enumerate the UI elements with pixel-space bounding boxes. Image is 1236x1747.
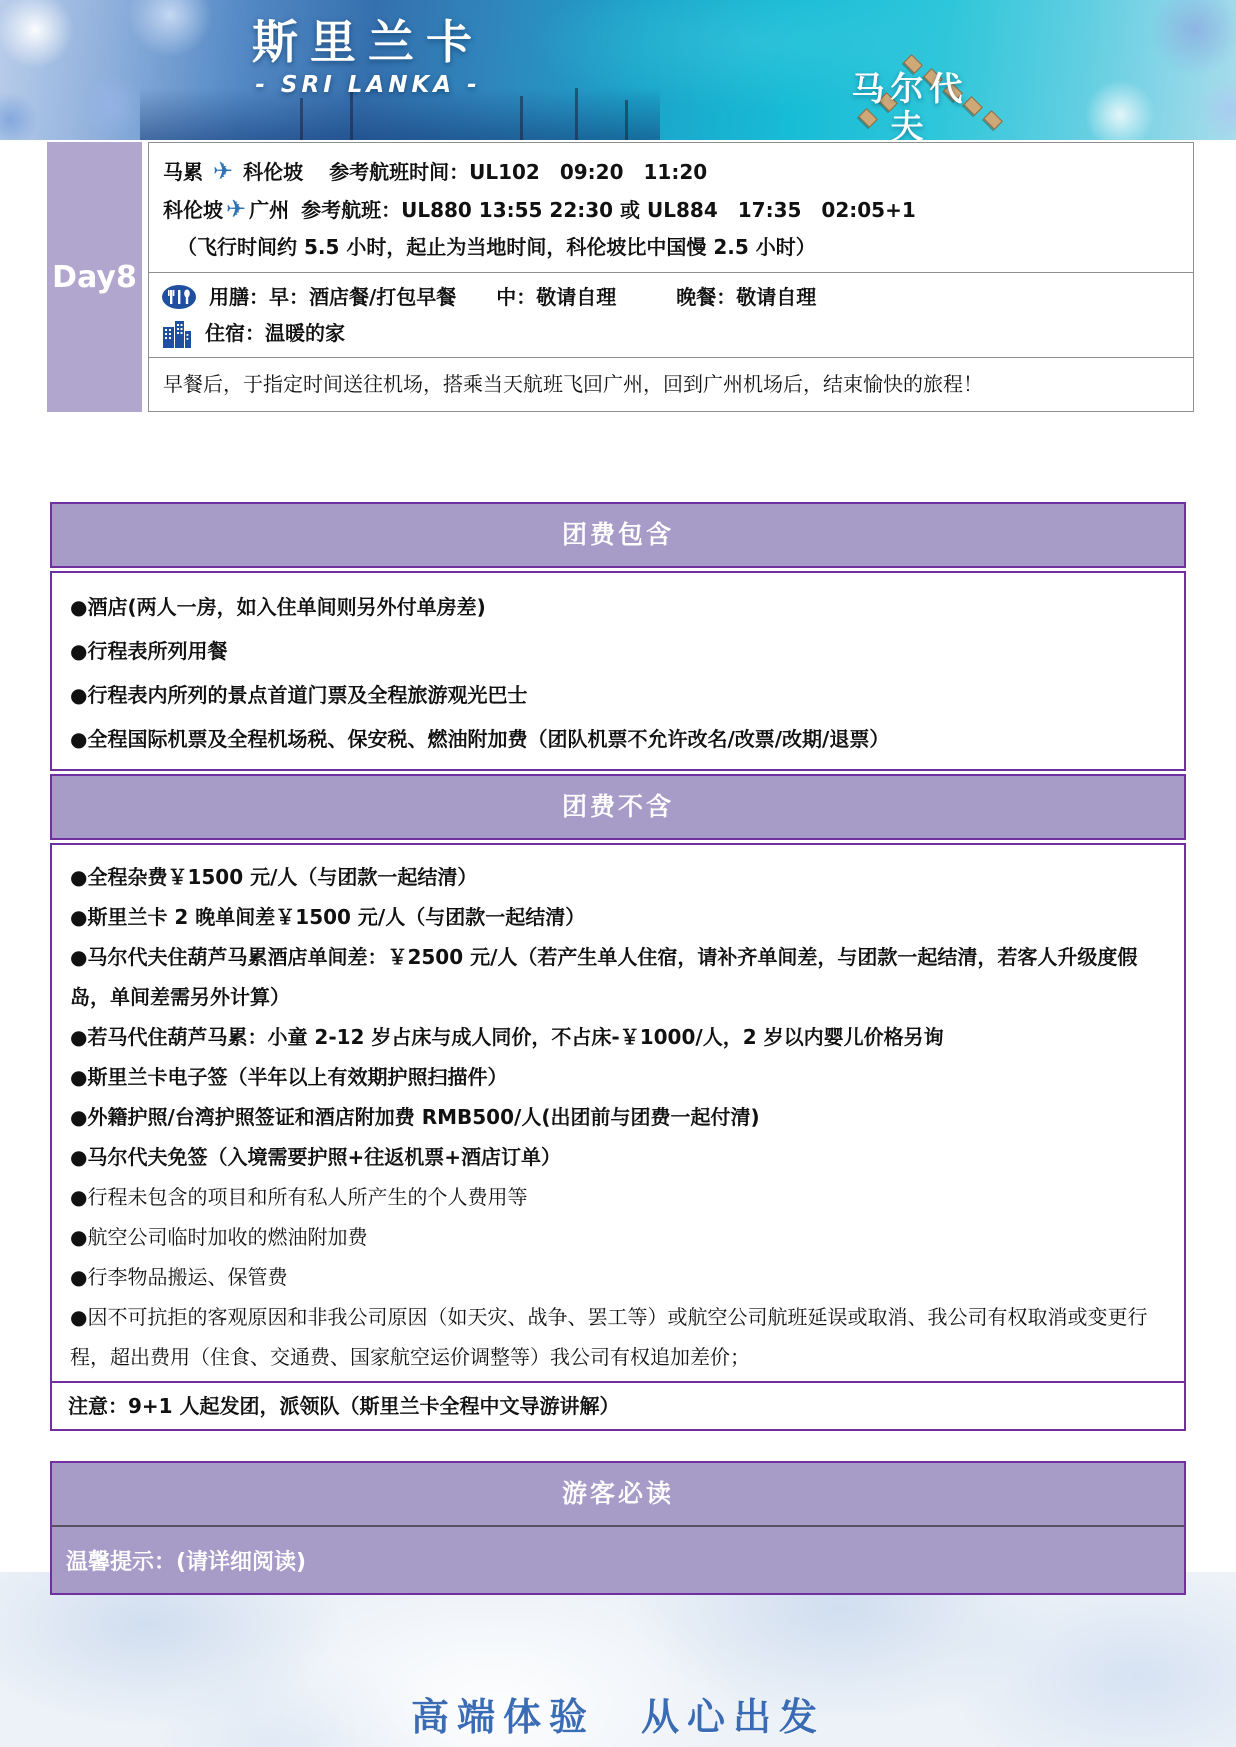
meals-lodging-cell: 用膳：早：酒店餐/打包早餐 中：敬请自理 晚餐：敬请自理 住宿：温暖的家 (149, 273, 1193, 358)
excluded-item: ●若马代住葫芦马累：小童 2-12 岁占床与成人同价，不占床-￥1000/人，2… (70, 1017, 1166, 1057)
excluded-item: ●斯里兰卡电子签（半年以上有效期护照扫描件） (70, 1057, 1166, 1097)
fee-included-items: ●酒店(两人一房，如入住单间则另外付单房差) ●行程表所列用餐 ●行程表内所列的… (52, 573, 1184, 769)
footer-texture: 高端体验 从心出发 (0, 1572, 1236, 1747)
departure-notice: 注意：9+1 人起发团，派领队（斯里兰卡全程中文导游讲解） (52, 1381, 1184, 1429)
excluded-item: ●行程未包含的项目和所有私人所产生的个人费用等 (70, 1177, 1166, 1217)
fee-excluded-body: ●全程杂费￥1500 元/人（与团款一起结清） ●斯里兰卡 2 晚单间差￥150… (50, 843, 1186, 1431)
flight-line-2: 科伦坡✈广州参考航班：UL880 13:55 22:30 或 UL884 17:… (163, 191, 1179, 229)
maldives-title-block: 马尔代夫 - MALDIVES - (835, 70, 985, 140)
stilt-pole-decoration (520, 96, 523, 140)
excluded-item: ●马尔代夫住葫芦马累酒店单间差：￥2500 元/人（若产生单人住宿，请补齐单间差… (70, 937, 1166, 1017)
included-item: ●行程表所列用餐 (70, 629, 1166, 673)
excluded-item: ●因不可抗拒的客观原因和非我公司原因（如天灾、战争、罢工等）或航空公司航班延误或… (70, 1297, 1166, 1377)
flight-info-cell: 马累✈科伦坡参考航班时间：UL102 09:20 11:20 科伦坡✈广州参考航… (149, 143, 1193, 273)
excluded-item: ●全程杂费￥1500 元/人（与团款一起结清） (70, 857, 1166, 897)
included-item: ●行程表内所列的景点首道门票及全程旅游观光巴士 (70, 673, 1166, 717)
lodging-line: 住宿：温暖的家 (161, 315, 1181, 351)
flight-line-1: 马累✈科伦坡参考航班时间：UL102 09:20 11:20 (163, 153, 1179, 191)
flight2-details: 参考航班：UL880 13:55 22:30 或 UL884 17:35 02:… (301, 198, 916, 222)
warm-tip-label: 温馨提示：(请详细阅读) (52, 1527, 1184, 1593)
day8-content: 马累✈科伦坡参考航班时间：UL102 09:20 11:20 科伦坡✈广州参考航… (148, 142, 1194, 412)
fee-included-section: 团费包含 ●酒店(两人一房，如入住单间则另外付单房差) ●行程表所列用餐 ●行程… (50, 502, 1186, 771)
sri-lanka-subtitle: - SRI LANKA - (228, 72, 508, 98)
plane-icon: ✈ (213, 153, 233, 190)
fee-excluded-section: 团费不含 ●全程杂费￥1500 元/人（与团款一起结清） ●斯里兰卡 2 晚单间… (50, 774, 1186, 1431)
flight1-details: 参考航班时间：UL102 09:20 11:20 (329, 160, 707, 184)
fee-included-body: ●酒店(两人一房，如入住单间则另外付单房差) ●行程表所列用餐 ●行程表内所列的… (50, 571, 1186, 771)
sri-lanka-title: 斯里兰卡 (228, 16, 508, 68)
flight1-from-city: 马累 (163, 160, 203, 184)
included-item: ●全程国际机票及全程机场税、保安税、燃油附加费（团队机票不允许改名/改票/改期/… (70, 717, 1166, 761)
lodging-text: 住宿：温暖的家 (205, 315, 345, 351)
footer-slogan: 高端体验 从心出发 (0, 1686, 1236, 1741)
excluded-item: ●斯里兰卡 2 晚单间差￥1500 元/人（与团款一起结清） (70, 897, 1166, 937)
fee-excluded-header: 团费不含 (50, 774, 1186, 840)
stilt-pole-decoration (575, 88, 578, 140)
plane-icon: ✈ (226, 191, 246, 228)
flight-note: （飞行时间约 5.5 小时，起止为当地时间，科伦坡比中国慢 2.5 小时） (163, 229, 1179, 266)
fee-excluded-items: ●全程杂费￥1500 元/人（与团款一起结清） ●斯里兰卡 2 晚单间差￥150… (52, 845, 1184, 1381)
excluded-item: ●行李物品搬运、保管费 (70, 1257, 1166, 1297)
flight2-to-city: 广州 (249, 198, 289, 222)
meals-line: 用膳：早：酒店餐/打包早餐 中：敬请自理 晚餐：敬请自理 (161, 279, 1181, 315)
banner: 斯里兰卡 - SRI LANKA - 马尔代夫 - MALDIVES - (0, 0, 1236, 140)
meals-icon (161, 284, 197, 310)
meals-text: 用膳：早：酒店餐/打包早餐 中：敬请自理 晚餐：敬请自理 (209, 279, 816, 315)
maldives-title: 马尔代夫 (835, 70, 985, 140)
must-read-header: 游客必读 (52, 1463, 1184, 1527)
fee-included-header: 团费包含 (50, 502, 1186, 568)
day8-itinerary-table: Day8 马累✈科伦坡参考航班时间：UL102 09:20 11:20 科伦坡✈… (47, 142, 1194, 412)
must-read-section: 游客必读 温馨提示：(请详细阅读) (50, 1461, 1186, 1595)
excluded-item: ●航空公司临时加收的燃油附加费 (70, 1217, 1166, 1257)
included-item: ●酒店(两人一房，如入住单间则另外付单房差) (70, 585, 1166, 629)
lodging-icon (161, 318, 193, 348)
flight2-from-city: 科伦坡 (163, 198, 223, 222)
excluded-item: ●马尔代夫免签（入境需要护照+往返机票+酒店订单） (70, 1137, 1166, 1177)
day8-description: 早餐后，于指定时间送往机场，搭乘当天航班飞回广州，回到广州机场后，结束愉快的旅程… (149, 358, 1193, 411)
stilt-pole-decoration (625, 100, 628, 140)
day-label: Day8 (47, 142, 142, 412)
excluded-item: ●外籍护照/台湾护照签证和酒店附加费 RMB500/人(出团前与团费一起付清) (70, 1097, 1166, 1137)
sri-lanka-title-block: 斯里兰卡 - SRI LANKA - (228, 16, 508, 98)
stilt-pole-decoration (300, 98, 303, 140)
flight1-to-city: 科伦坡 (243, 160, 303, 184)
